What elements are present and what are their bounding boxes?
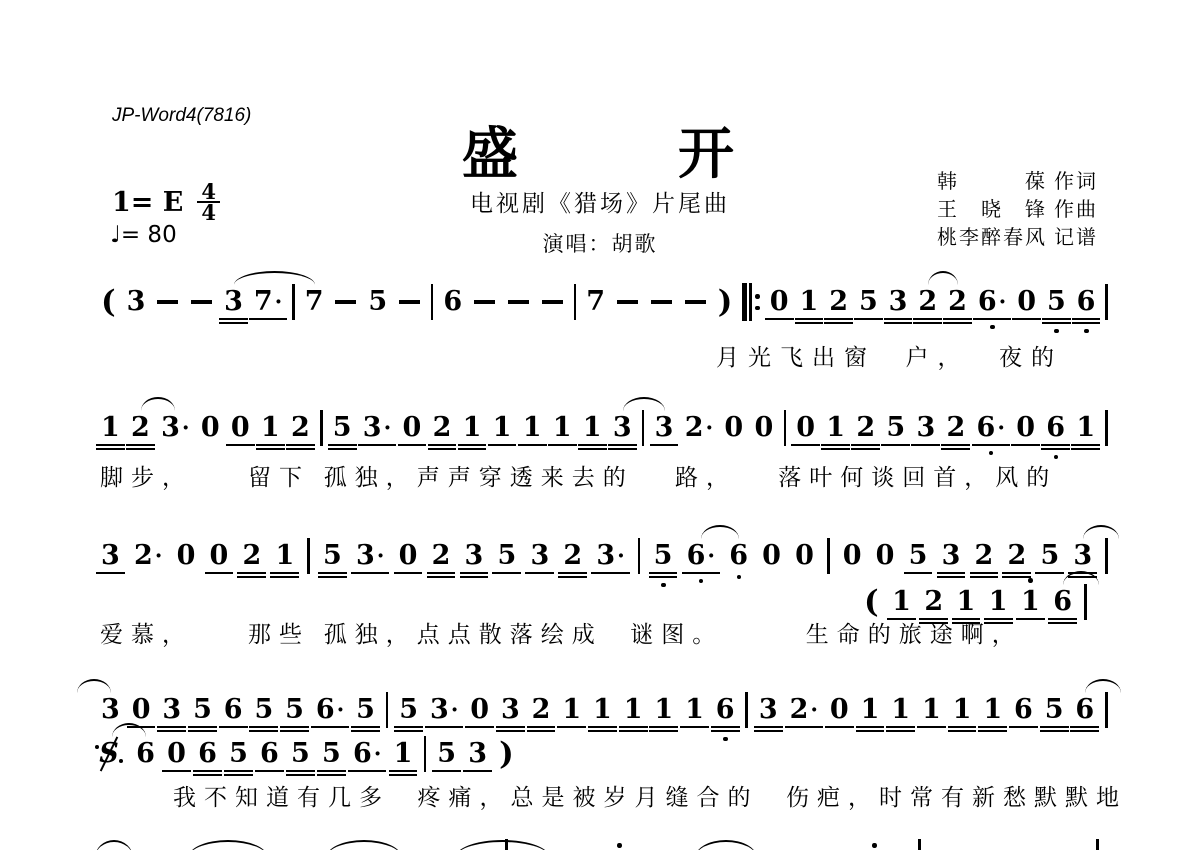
note-6: 6 <box>728 541 749 571</box>
note-3: 3 <box>1072 541 1093 571</box>
rest-0: 0 <box>209 541 230 571</box>
barline <box>574 284 577 320</box>
beam-underline <box>854 318 883 320</box>
note-1: 1 <box>956 587 977 617</box>
clipped-next-line-fragments <box>0 839 1200 850</box>
rest-0: 0 <box>1016 287 1037 317</box>
note-3: 3· <box>595 541 625 571</box>
beam-underline <box>96 448 125 450</box>
beam-underline <box>394 730 423 732</box>
barline <box>1105 410 1108 446</box>
credit-lyricist: 韩 葆 作词 <box>937 168 1098 196</box>
note-1: 1 <box>552 413 573 443</box>
beam-underline <box>492 572 521 574</box>
rest-0: 0 <box>795 413 816 443</box>
low-octave-dot <box>699 579 704 584</box>
fragment-bar <box>918 839 921 850</box>
low-octave-dot <box>989 451 994 456</box>
beam-underline <box>1042 318 1071 320</box>
beam-underline <box>978 730 1007 732</box>
beam-underline <box>394 572 423 574</box>
note-5: 5 <box>367 287 388 317</box>
barline <box>745 692 748 728</box>
beam-underline <box>765 318 794 320</box>
beam-underline <box>126 448 155 450</box>
note-2: 2 <box>431 541 452 571</box>
beam-underline <box>941 448 970 450</box>
beam-underline <box>188 730 217 732</box>
beam-underline <box>821 448 850 450</box>
credit-composer: 王 晓 锋 作曲 <box>937 196 1098 224</box>
fragment-dot <box>872 843 877 848</box>
tie-arc <box>1083 525 1119 539</box>
beam-underline <box>649 730 678 732</box>
fragment-arc <box>95 840 133 850</box>
beam-underline <box>884 322 913 324</box>
note-1: 1 <box>799 287 820 317</box>
tie-arc <box>77 679 111 693</box>
beam-underline <box>558 572 587 574</box>
beam-underline <box>913 318 942 320</box>
note-1: 1 <box>492 413 513 443</box>
note-1: 1 <box>592 695 613 725</box>
beam-underline <box>824 322 853 324</box>
note-6: 6· <box>352 739 382 769</box>
note-5: 5 <box>290 739 311 769</box>
note-2: 2· <box>133 541 163 571</box>
rest-0: 0 <box>723 413 744 443</box>
beam-underline <box>351 572 389 574</box>
tie-arc <box>928 271 958 285</box>
rest-0: 0 <box>398 541 419 571</box>
note-1: 1 <box>561 695 582 725</box>
note-3: 3· <box>355 541 385 571</box>
tie-arc <box>234 271 315 285</box>
barline <box>1105 538 1108 574</box>
barline <box>1105 692 1108 728</box>
duration-dash <box>157 300 178 304</box>
tie-arc <box>1085 679 1121 693</box>
beam-underline <box>226 444 255 446</box>
beam-underline <box>608 448 637 450</box>
beam-underline <box>1040 726 1069 728</box>
low-octave-dot <box>990 325 995 330</box>
rest-0: 0 <box>469 695 490 725</box>
low-octave-dot <box>661 583 666 588</box>
beam-underline <box>650 444 679 446</box>
beam-underline <box>317 774 346 776</box>
lyric-line-4: 我不知道有几多 疼痛，总是被岁月缝合的 伤疤，时常有新愁默默地 <box>173 779 1127 812</box>
note-3: 3· <box>429 695 459 725</box>
barline <box>1084 584 1087 620</box>
rest-0: 0 <box>402 413 423 443</box>
beam-underline <box>1011 444 1040 446</box>
beam-underline <box>1070 730 1099 732</box>
beam-underline <box>237 572 266 574</box>
note-5: 5 <box>908 541 929 571</box>
barline <box>431 284 434 320</box>
beam-underline <box>548 444 577 446</box>
note-1: 1 <box>952 695 973 725</box>
beam-underline <box>937 572 966 574</box>
beam-underline <box>754 730 783 732</box>
beam-underline <box>1012 318 1041 320</box>
barline <box>386 692 389 728</box>
beam-underline <box>428 444 457 446</box>
note-6: 6· <box>977 287 1007 317</box>
note-3: 3 <box>100 541 121 571</box>
close-paren: ) <box>498 737 515 771</box>
lyric-line-1: 月光飞出窗 户， 夜的 <box>716 339 1063 372</box>
fragment-arc <box>188 840 268 850</box>
note-2: 2 <box>947 287 968 317</box>
beam-underline <box>1009 726 1038 728</box>
low-octave-dot <box>737 575 742 580</box>
note-2: 2 <box>945 413 966 443</box>
rest-0: 0 <box>829 695 850 725</box>
note-2: 2 <box>241 541 262 571</box>
beam-underline <box>884 318 913 320</box>
note-5: 5 <box>1039 541 1060 571</box>
beam-underline <box>824 318 853 320</box>
time-signature: 4 4 <box>197 182 220 222</box>
beam-underline <box>460 572 489 574</box>
beam-underline <box>1048 622 1077 624</box>
beam-underline <box>680 726 709 728</box>
note-1: 1 <box>825 413 846 443</box>
beam-underline <box>219 318 248 320</box>
duration-dash <box>508 300 529 304</box>
beam-underline <box>280 726 309 728</box>
note-2: 2 <box>1006 541 1027 571</box>
note-2: 2 <box>562 541 583 571</box>
beam-underline <box>578 444 607 446</box>
beam-underline <box>856 726 885 728</box>
note-1: 1 <box>623 695 644 725</box>
open-paren: ( <box>100 285 117 319</box>
open-paren: ( <box>863 585 880 619</box>
beam-underline <box>527 730 556 732</box>
note-5: 5 <box>253 695 274 725</box>
beam-underline <box>496 726 525 728</box>
note-3: 3 <box>223 287 244 317</box>
note-3: 3 <box>529 541 550 571</box>
barline <box>827 538 830 574</box>
note-5: 5 <box>332 413 353 443</box>
note-6: 6 <box>1076 287 1097 317</box>
note-3: 3 <box>161 695 182 725</box>
note-2: 2 <box>828 287 849 317</box>
low-octave-dot <box>723 737 728 742</box>
barline <box>320 410 323 446</box>
beam-underline <box>795 322 824 324</box>
beam-underline <box>458 444 487 446</box>
duration-dash <box>542 300 563 304</box>
beam-underline <box>249 726 278 728</box>
beam-underline <box>588 730 617 732</box>
beam-underline <box>1002 572 1031 574</box>
note-6: 6 <box>442 287 463 317</box>
barline <box>307 538 310 574</box>
note-6: 6· <box>686 541 716 571</box>
beam-underline <box>219 322 248 324</box>
beam-underline <box>525 572 554 574</box>
duration-dash <box>399 300 420 304</box>
rest-0: 0 <box>200 413 221 443</box>
note-1: 1 <box>260 413 281 443</box>
beam-underline <box>558 576 587 578</box>
note-5: 5 <box>1046 287 1067 317</box>
beam-underline <box>394 726 423 728</box>
note-3: 3 <box>654 413 675 443</box>
lyric-line-3: 爱慕， 那些 孤独，点点散落绘成 谜图。 生命的旅途啊， <box>100 616 1023 649</box>
beam-underline <box>256 444 285 446</box>
music-line-4: 30356556·553·03211111632·011111656 <box>100 692 1108 728</box>
credits-block: 韩 葆 作词 王 晓 锋 作曲 桃李醉春风 记谱 <box>937 168 1098 252</box>
beam-underline <box>286 774 315 776</box>
fragment-arc <box>695 840 757 850</box>
music-line-5-segno: S60656556·153) <box>95 736 515 772</box>
beam-underline <box>286 770 315 772</box>
rest-0: 0 <box>875 541 896 571</box>
beam-underline <box>96 444 125 446</box>
beam-underline <box>224 774 253 776</box>
beam-underline <box>318 572 347 574</box>
note-3: 3· <box>160 413 190 443</box>
beam-underline <box>427 572 456 574</box>
duration-dash <box>685 300 706 304</box>
rest-0: 0 <box>794 541 815 571</box>
barline <box>642 410 645 446</box>
beam-underline <box>941 444 970 446</box>
note-6: 6 <box>135 739 156 769</box>
beam-underline <box>398 444 427 446</box>
note-7: 7 <box>304 287 325 317</box>
beam-underline <box>948 730 977 732</box>
beam-underline <box>527 726 556 728</box>
beam-underline <box>943 322 972 324</box>
rest-0: 0 <box>1015 413 1036 443</box>
note-3: 3 <box>126 287 147 317</box>
beam-underline <box>518 444 547 446</box>
beam-underline <box>157 730 186 732</box>
note-5: 5 <box>436 739 457 769</box>
note-5: 5 <box>321 739 342 769</box>
beam-underline <box>219 726 248 728</box>
beam-underline <box>328 444 357 446</box>
beam-underline <box>255 770 284 772</box>
beam-underline <box>970 572 999 574</box>
beam-underline <box>280 730 309 732</box>
beam-underline <box>318 576 347 578</box>
beam-underline <box>1070 726 1099 728</box>
beam-underline <box>96 572 125 574</box>
note-6: 6· <box>976 413 1006 443</box>
beam-underline <box>465 726 494 728</box>
beam-underline <box>1072 318 1101 320</box>
tie-arc <box>701 525 739 539</box>
beam-underline <box>911 444 940 446</box>
note-1: 1 <box>100 413 121 443</box>
sheet-music-page: JP-Word4(7816) 盛 开 电视剧《猎场》片尾曲 演唱：胡歌 韩 葆 … <box>0 0 1200 850</box>
low-octave-dot <box>1054 329 1059 334</box>
beam-underline <box>649 726 678 728</box>
barline <box>292 284 295 320</box>
beam-underline <box>256 448 285 450</box>
note-5: 5 <box>653 541 674 571</box>
meter-denominator: 4 <box>201 203 216 222</box>
fragment-dot <box>617 843 622 848</box>
beam-underline <box>619 726 648 728</box>
beam-underline <box>351 730 380 732</box>
note-6: 6· <box>315 695 345 725</box>
note-2: 2 <box>130 413 151 443</box>
beam-underline <box>937 576 966 578</box>
beam-underline <box>578 448 607 450</box>
beam-underline <box>917 726 946 728</box>
beam-underline <box>791 444 820 446</box>
tempo-marking: ♩= 80 <box>110 222 177 248</box>
note-2: 2· <box>684 413 714 443</box>
beam-underline <box>425 726 463 728</box>
barline <box>638 538 641 574</box>
note-2: 2· <box>789 695 819 725</box>
beam-underline <box>649 572 678 574</box>
beam-underline <box>1071 448 1100 450</box>
beam-underline <box>978 726 1007 728</box>
note-6: 6 <box>1013 695 1034 725</box>
beam-underline <box>1071 444 1100 446</box>
beam-underline <box>193 774 222 776</box>
rest-0: 0 <box>230 413 251 443</box>
note-5: 5 <box>398 695 419 725</box>
note-2: 2 <box>531 695 552 725</box>
beam-underline <box>270 576 299 578</box>
note-3: 3 <box>464 541 485 571</box>
note-3: 3 <box>888 287 909 317</box>
beam-underline <box>389 774 418 776</box>
beam-underline <box>588 726 617 728</box>
note-3: 3 <box>500 695 521 725</box>
beam-underline <box>1040 730 1069 732</box>
beam-underline <box>224 770 253 772</box>
rest-0: 0 <box>131 695 152 725</box>
duration-dash <box>617 300 638 304</box>
note-6: 6 <box>259 739 280 769</box>
rest-0: 0 <box>769 287 790 317</box>
duration-dash <box>474 300 495 304</box>
note-3: 3 <box>915 413 936 443</box>
beam-underline <box>270 572 299 574</box>
low-octave-dot <box>1084 329 1089 334</box>
key-signature: 1= E 4 4 <box>112 182 220 222</box>
note-3: 3· <box>362 413 392 443</box>
begin-repeat-sign <box>742 283 760 321</box>
note-1: 1 <box>462 413 483 443</box>
beam-underline <box>460 576 489 578</box>
beam-underline <box>432 770 461 772</box>
note-6: 6 <box>1052 587 1073 617</box>
note-5: 5 <box>1044 695 1065 725</box>
fragment-bar <box>505 839 508 850</box>
note-3: 3 <box>612 413 633 443</box>
note-2: 2 <box>974 541 995 571</box>
note-2: 2 <box>923 587 944 617</box>
beam-underline <box>1041 444 1070 446</box>
note-5: 5 <box>885 413 906 443</box>
note-1: 1 <box>988 587 1009 617</box>
rest-0: 0 <box>166 739 187 769</box>
barline <box>1105 284 1108 320</box>
beam-underline <box>948 726 977 728</box>
beam-underline <box>821 444 850 446</box>
beam-underline <box>913 322 942 324</box>
beam-underline <box>496 730 525 732</box>
note-1: 1 <box>1020 587 1041 617</box>
beam-underline <box>881 444 910 446</box>
beam-underline <box>785 726 823 728</box>
beam-underline <box>463 770 492 772</box>
note-5: 5 <box>284 695 305 725</box>
note-3: 3 <box>941 541 962 571</box>
beam-underline <box>619 730 648 732</box>
beam-underline <box>358 444 396 446</box>
rest-0: 0 <box>753 413 774 443</box>
beam-underline <box>886 730 915 732</box>
beam-underline <box>851 448 880 450</box>
note-1: 1 <box>684 695 705 725</box>
note-2: 2 <box>917 287 938 317</box>
rest-0: 0 <box>761 541 782 571</box>
segno-icon: S <box>95 737 123 771</box>
note-6: 6 <box>1074 695 1095 725</box>
beam-underline <box>237 576 266 578</box>
beam-underline <box>972 444 1010 446</box>
beam-underline <box>557 726 586 728</box>
note-6: 6 <box>223 695 244 725</box>
beam-underline <box>488 444 517 446</box>
note-5: 5 <box>496 541 517 571</box>
note-6: 6 <box>1045 413 1066 443</box>
note-2: 2 <box>855 413 876 443</box>
note-1: 1 <box>890 695 911 725</box>
beam-underline <box>711 726 740 728</box>
note-3: 3 <box>758 695 779 725</box>
note-1: 1 <box>582 413 603 443</box>
note-2: 2 <box>432 413 453 443</box>
note-1: 1 <box>522 413 543 443</box>
beam-underline <box>856 730 885 732</box>
beam-underline <box>389 770 418 772</box>
high-octave-dot <box>1028 578 1033 583</box>
beam-underline <box>317 770 346 772</box>
beam-underline <box>1035 572 1064 574</box>
beam-underline <box>973 318 1011 320</box>
beam-underline <box>249 318 287 320</box>
music-line-3: 32·002153·0235323·56·60000532253 <box>100 538 1108 574</box>
barline <box>784 410 787 446</box>
beam-underline <box>351 726 380 728</box>
duration-dash <box>191 300 212 304</box>
beam-underline <box>328 448 357 450</box>
beam-underline <box>1041 448 1070 450</box>
beam-underline <box>348 770 386 772</box>
note-1: 1 <box>891 587 912 617</box>
note-1: 1 <box>653 695 674 725</box>
key-label: 1= E <box>112 187 183 218</box>
beam-underline <box>193 770 222 772</box>
beam-underline <box>157 726 186 728</box>
